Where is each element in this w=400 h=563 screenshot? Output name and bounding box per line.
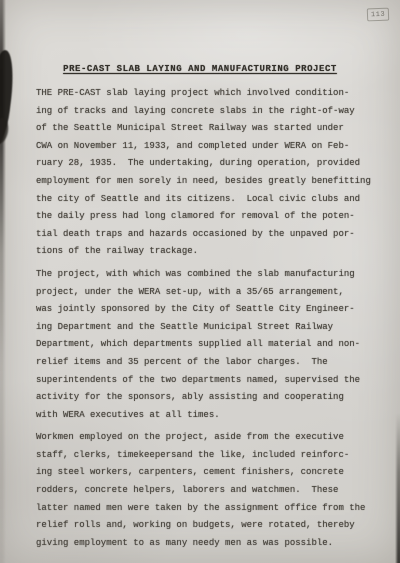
document-page: 113 PRE-CAST SLAB LAYING AND MANUFACTURI… — [0, 0, 400, 563]
document-title: PRE-CAST SLAB LAYING AND MANUFACTURING P… — [0, 64, 400, 74]
scan-edge-right — [395, 413, 400, 563]
paragraph-3: Workmen employed on the project, aside f… — [36, 429, 382, 552]
paragraph-2: The project, with which was combined the… — [36, 266, 382, 424]
document-body: THE PRE-CAST slab laying project which i… — [36, 85, 382, 557]
page-number-stamp: 113 — [367, 8, 390, 22]
paragraph-1: THE PRE-CAST slab laying project which i… — [36, 85, 382, 261]
